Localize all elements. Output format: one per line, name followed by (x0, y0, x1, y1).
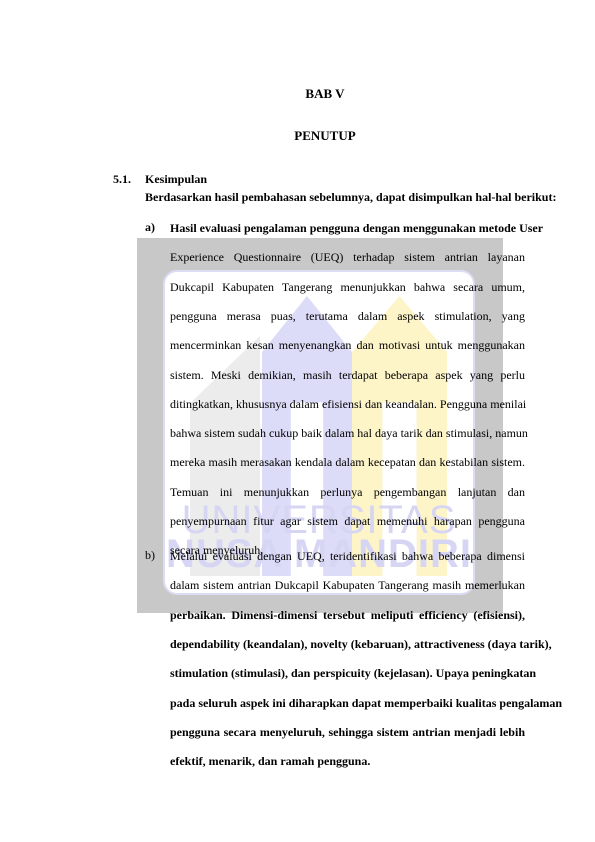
paragraph-line: dependability (keandalan), novelty (keba… (170, 636, 525, 652)
paragraph-line: Temuan ini menunjukkan perlunya pengemba… (170, 484, 525, 500)
paragraph-line: penyempurnaan fitur agar sistem dapat me… (170, 513, 525, 529)
paragraph-line: efektif, menarik, dan ramah pengguna. (170, 753, 525, 769)
list-item-marker-a: a) (145, 220, 155, 235)
section-number: 5.1. (113, 172, 131, 187)
paragraph-line: Dukcapil Kabupaten Tangerang menunjukkan… (170, 279, 525, 295)
section-title: Kesimpulan (145, 172, 207, 187)
paragraph-line: Melalui evaluasi dengan UEQ, teridentifi… (170, 548, 525, 564)
paragraph-line: pengguna merasa puas, terutama dalam asp… (170, 308, 525, 324)
paragraph-line: sistem. Meski demikian, masih terdapat b… (170, 367, 525, 383)
paragraph-line: perbaikan. Dimensi-dimensi tersebut meli… (170, 607, 525, 623)
document-page: BAB V PENUTUP 5.1. Kesimpulan Berdasarka… (0, 0, 595, 842)
list-item-marker-b: b) (145, 548, 155, 563)
section-intro: Berdasarkan hasil pembahasan sebelumnya,… (145, 190, 556, 205)
paragraph-line: mereka masih merasakan kendala dalam kec… (170, 454, 525, 470)
paragraph-line: pengguna secara menyeluruh, sehingga sis… (170, 724, 525, 740)
paragraph-line: dalam sistem antrian Dukcapil Kabupaten … (170, 577, 525, 593)
paragraph-line: Hasil evaluasi pengalaman pengguna denga… (170, 220, 525, 236)
chapter-heading: BAB V (0, 86, 595, 102)
paragraph-line: mencerminkan kesan menyenangkan dan moti… (170, 337, 525, 353)
paragraph-line: bahwa sistem sudah cukup baik dalam hal … (170, 425, 525, 441)
paragraph-line: pada seluruh aspek ini diharapkan dapat … (170, 695, 525, 711)
paragraph-line: ditingkatkan, khususnya dalam efisiensi … (170, 396, 525, 412)
paragraph-line: stimulation (stimulasi), dan perspicuity… (170, 665, 525, 681)
paragraph-line: Experience Questionnaire (UEQ) terhadap … (170, 249, 525, 265)
chapter-title: PENUTUP (0, 128, 595, 144)
